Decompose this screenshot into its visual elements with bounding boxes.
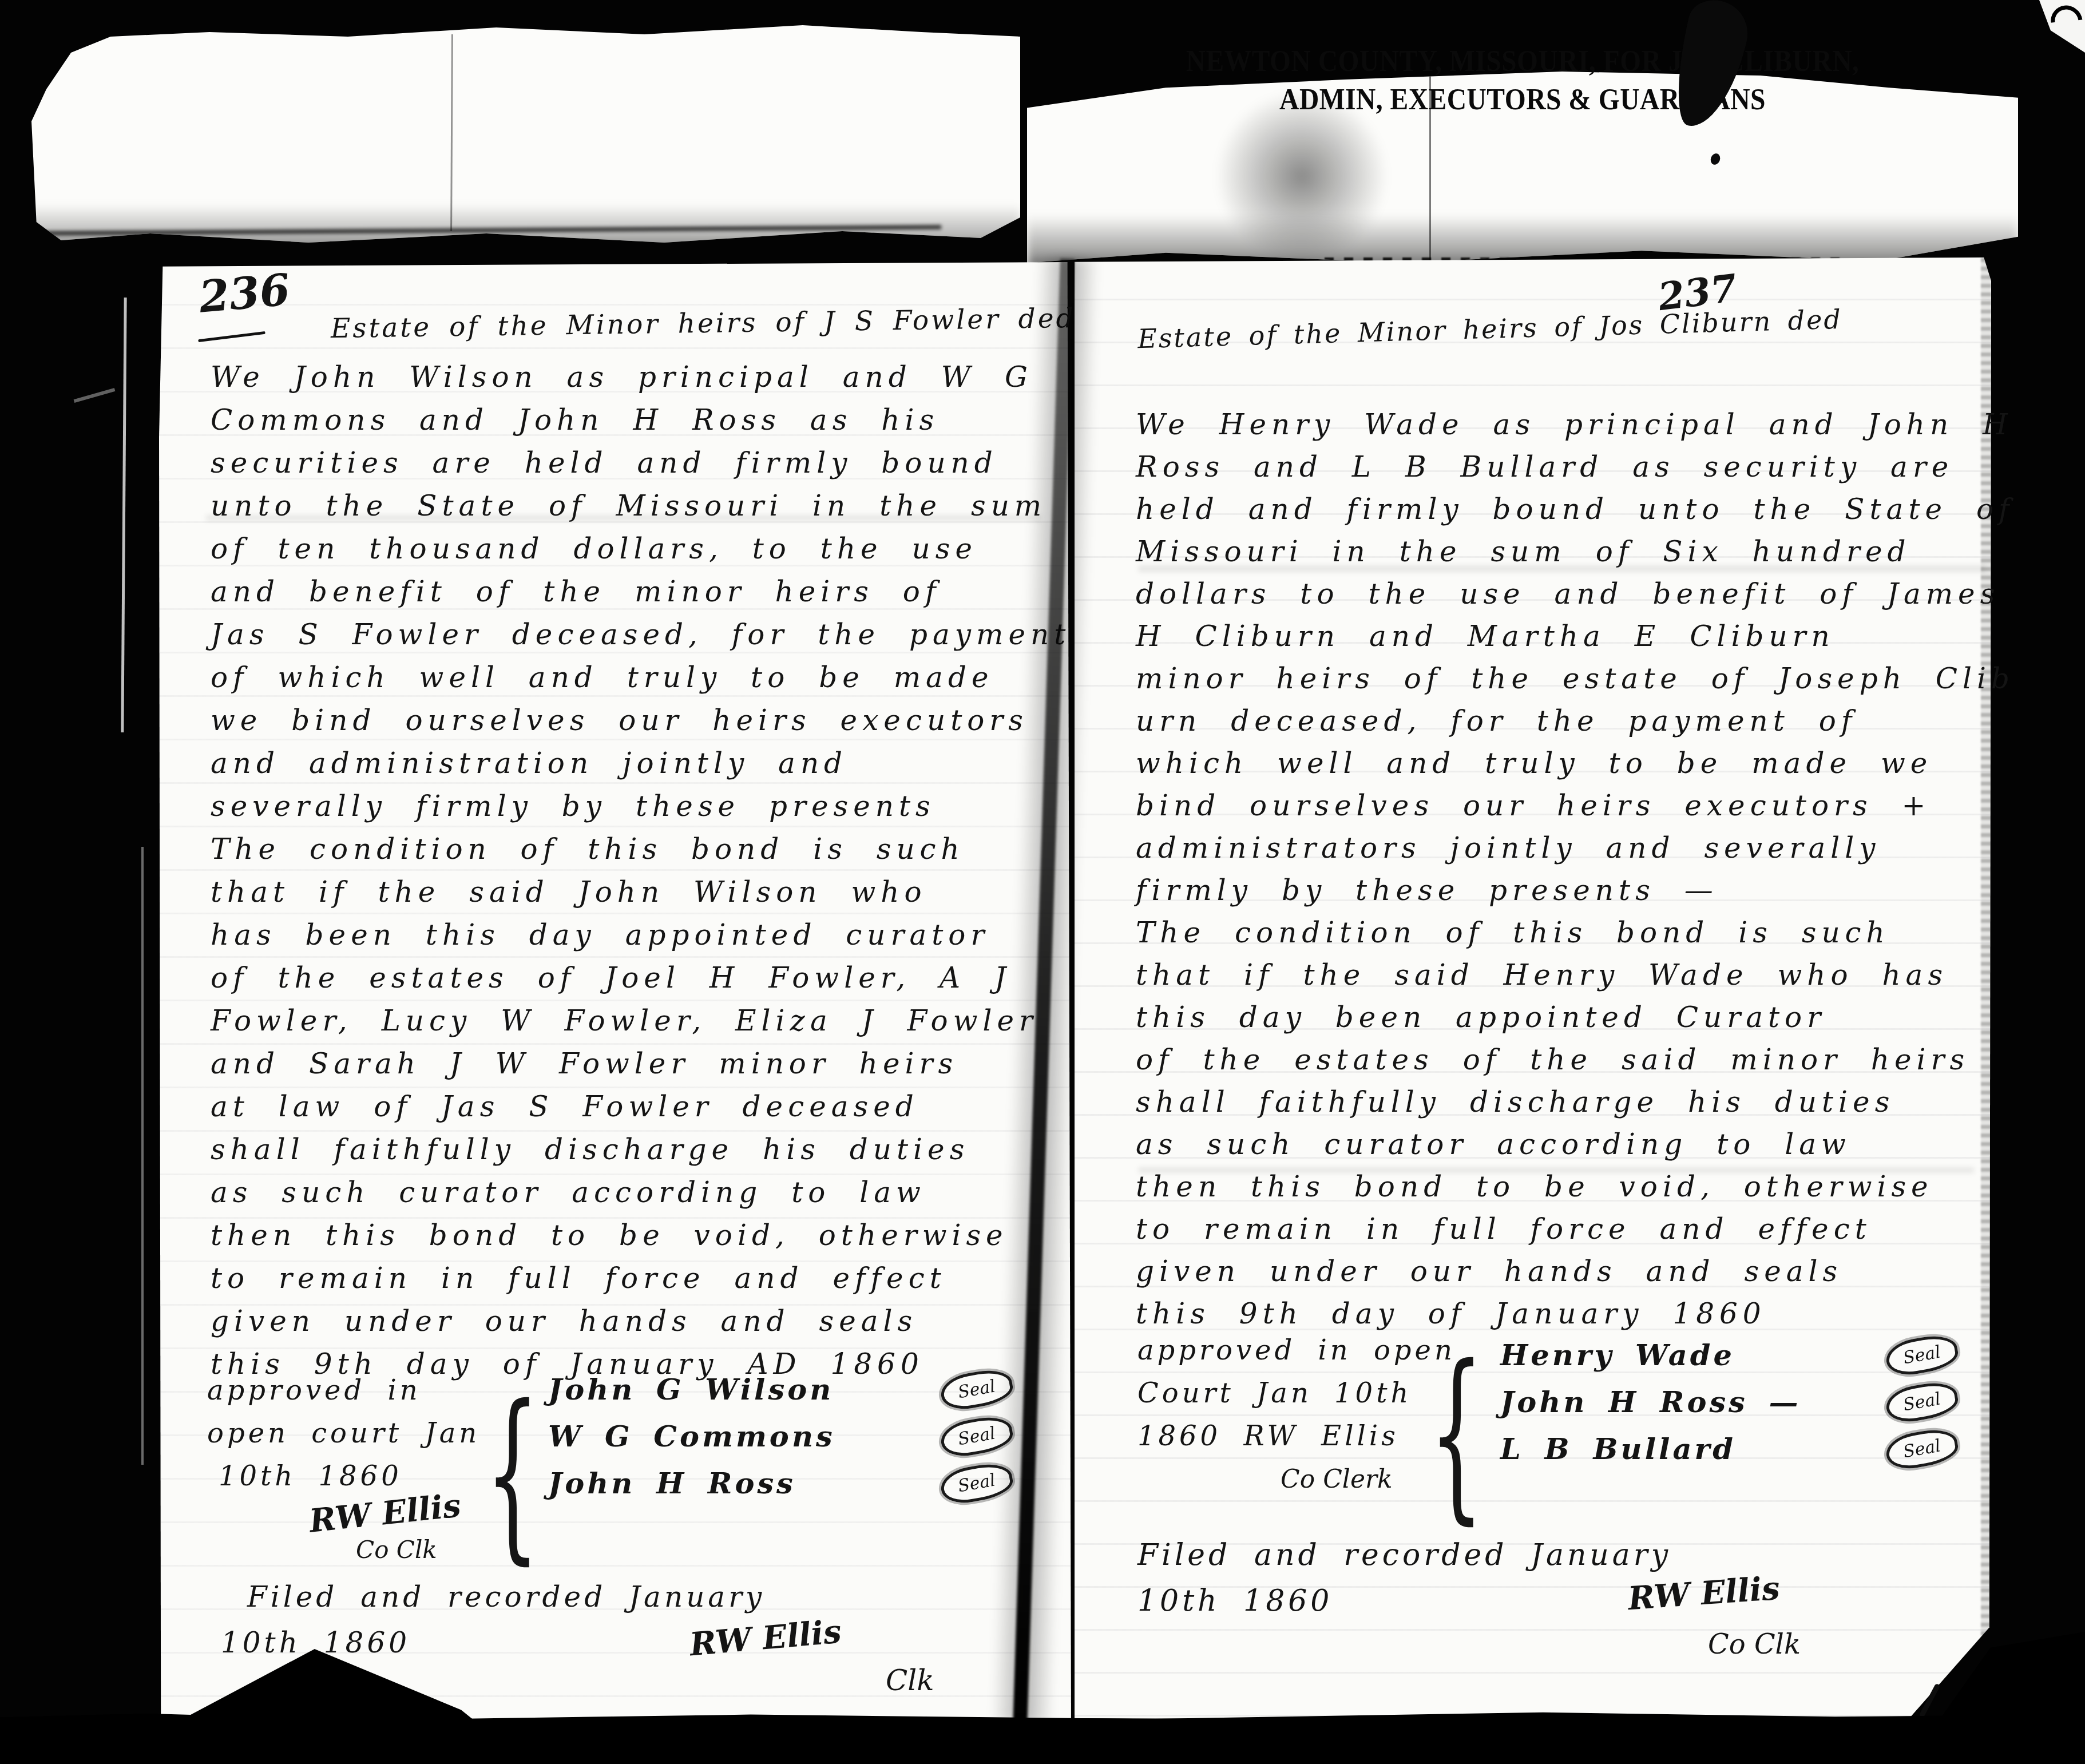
handwritten-line: Missouri in the sum of Six hundred — [1136, 530, 1993, 573]
signer-name: John H Ross — — [1500, 1385, 1801, 1420]
signature-row: John H Ross Seal — [548, 1466, 1013, 1501]
approval-note-line: 10th 1860 — [219, 1460, 402, 1492]
handwritten-line: unto the State of Missouri in the sum — [211, 485, 1069, 528]
clerk-title: Co Clk — [356, 1536, 437, 1564]
handwritten-line: of the estates of the said minor heirs — [1136, 1038, 1993, 1081]
handwritten-line: that if the said John Wilson who — [211, 871, 1069, 914]
handwritten-line: The condition of this bond is such — [211, 828, 1069, 871]
signer-name: John H Ross — [548, 1466, 796, 1501]
seal-badge: Seal — [1884, 1379, 1961, 1426]
handwritten-line: H Cliburn and Martha E Cliburn — [1136, 615, 1993, 657]
signer-name: John G Wilson — [548, 1373, 834, 1407]
approval-note-line: 1860 RW Ellis — [1137, 1420, 1399, 1452]
signature-row: Henry Wade Seal — [1500, 1338, 1958, 1373]
filed-note: Filed and recorded January — [1137, 1538, 1671, 1572]
handwritten-line: this 9th day of January 1860 — [1136, 1293, 1993, 1335]
handwritten-line: shall faithfully discharge his duties — [1136, 1081, 1993, 1123]
filed-clerk-title: Clk — [886, 1664, 934, 1697]
seal-badge: Seal — [1884, 1332, 1961, 1379]
archive-header: NEWTON COUNTY, MISSOURI, FOR JAS CLIBURN… — [1042, 42, 2003, 118]
handwritten-line: shall faithfully discharge his duties — [211, 1128, 1069, 1171]
handwritten-line: and administration jointly and — [211, 742, 1069, 785]
handwritten-line: as such curator according to law — [211, 1171, 1069, 1214]
handwritten-line: of which well and truly to be made — [211, 656, 1069, 699]
handwritten-line: and Sarah J W Fowler minor heirs — [211, 1042, 1069, 1085]
handwritten-line: this day been appointed Curator — [1136, 996, 1993, 1038]
handwritten-line: The condition of this bond is such — [1136, 911, 1993, 954]
handwritten-line: then this bond to be void, otherwise — [211, 1214, 1069, 1257]
signature-row: John H Ross — Seal — [1500, 1385, 1958, 1420]
signature-row: L B Bullard Seal — [1500, 1432, 1958, 1466]
approval-note-line: open court Jan — [207, 1417, 480, 1449]
signature-row: John G Wilson Seal — [548, 1372, 1013, 1407]
signer-name: Henry Wade — [1500, 1338, 1735, 1373]
signer-name: W G Commons — [548, 1420, 835, 1454]
filed-date: 10th 1860 — [1137, 1584, 1333, 1618]
signature-brace: { — [1429, 1327, 1484, 1541]
handwritten-line: bind ourselves our heirs executors + — [1136, 784, 1993, 827]
handwritten-line: minor heirs of the estate of Joseph Clib — [1136, 657, 1993, 700]
handwritten-line: severally firmly by these presents — [211, 785, 1069, 828]
handwritten-line: We Henry Wade as principal and John H — [1136, 403, 1993, 446]
handwritten-line: firmly by these presents — — [1136, 869, 1993, 911]
handwritten-line: Ross and L B Bullard as security are — [1136, 446, 1993, 488]
handwriting-body: We Henry Wade as principal and John HRos… — [1136, 403, 1993, 1335]
page-edge-sliver — [141, 847, 144, 1465]
clerk-title: Co Clerk — [1281, 1465, 1393, 1494]
handwritten-line: of ten thousand dollars, to the use — [211, 528, 1069, 570]
approval-note-line: approved in — [207, 1374, 421, 1406]
handwritten-line: at law of Jas S Fowler deceased — [211, 1085, 1069, 1128]
seal-badge: Seal — [1884, 1426, 1961, 1473]
approval-note-line: approved in open — [1137, 1334, 1456, 1366]
handwritten-line: given under our hands and seals — [211, 1300, 1069, 1343]
handwritten-line: to remain in full force and effect — [211, 1257, 1069, 1300]
handwritten-line: which well and truly to be made we — [1136, 742, 1993, 784]
handwritten-line: Jas S Fowler deceased, for the payment — [211, 613, 1069, 656]
handwritten-line: Commons and John H Ross as his — [211, 399, 1069, 442]
scan-smudge — [31, 204, 1020, 249]
handwritten-line: we bind ourselves our heirs executors — [211, 699, 1069, 742]
handwritten-line: We John Wilson as principal and W G — [211, 356, 1069, 399]
filed-clerk-title: Co Clk — [1708, 1628, 1801, 1660]
handwritten-line: securities are held and firmly bound — [211, 442, 1069, 485]
handwritten-line: of the estates of Joel H Fowler, A J — [211, 957, 1069, 1000]
archive-header-line2: ADMIN, EXECUTORS & GUARDIANS — [1042, 80, 2003, 118]
paper-crease-line — [450, 34, 453, 231]
approval-note-line: Court Jan 10th — [1137, 1377, 1412, 1409]
page-edge-sliver — [121, 298, 126, 732]
handwritten-line: held and firmly bound unto the State of — [1136, 488, 1993, 530]
scanned-record-book: NEWTON COUNTY, MISSOURI, FOR JAS CLIBURN… — [0, 0, 2085, 1764]
handwritten-line: dollars to the use and benefit of James — [1136, 573, 1993, 615]
filed-note: Filed and recorded January — [247, 1580, 765, 1614]
signature-row: W G Commons Seal — [548, 1419, 1013, 1454]
handwritten-line: has been this day appointed curator — [211, 914, 1069, 957]
signature-brace: { — [485, 1367, 540, 1581]
handwritten-line: that if the said Henry Wade who has — [1136, 954, 1993, 996]
handwritten-line: Fowler, Lucy W Fowler, Eliza J Fowler — [211, 1000, 1069, 1042]
handwritten-line: and benefit of the minor heirs of — [211, 570, 1069, 613]
torn-paper-strip-left — [31, 21, 1020, 249]
page-number: 236 — [197, 264, 292, 322]
handwritten-line: administrators jointly and severally — [1136, 827, 1993, 869]
handwritten-line: then this bond to be void, otherwise — [1136, 1166, 1993, 1208]
handwritten-line: to remain in full force and effect — [1136, 1208, 1993, 1250]
handwritten-line: urn deceased, for the payment of — [1136, 700, 1993, 742]
archive-header-line1: NEWTON COUNTY, MISSOURI, FOR JAS CLIBURN… — [1042, 42, 2003, 80]
page-edge-sliver — [74, 388, 116, 403]
handwritten-line: as such curator according to law — [1136, 1123, 1993, 1166]
handwritten-line: given under our hands and seals — [1136, 1250, 1993, 1293]
signer-name: L B Bullard — [1500, 1432, 1736, 1466]
handwriting-body: We John Wilson as principal and W GCommo… — [211, 356, 1069, 1386]
